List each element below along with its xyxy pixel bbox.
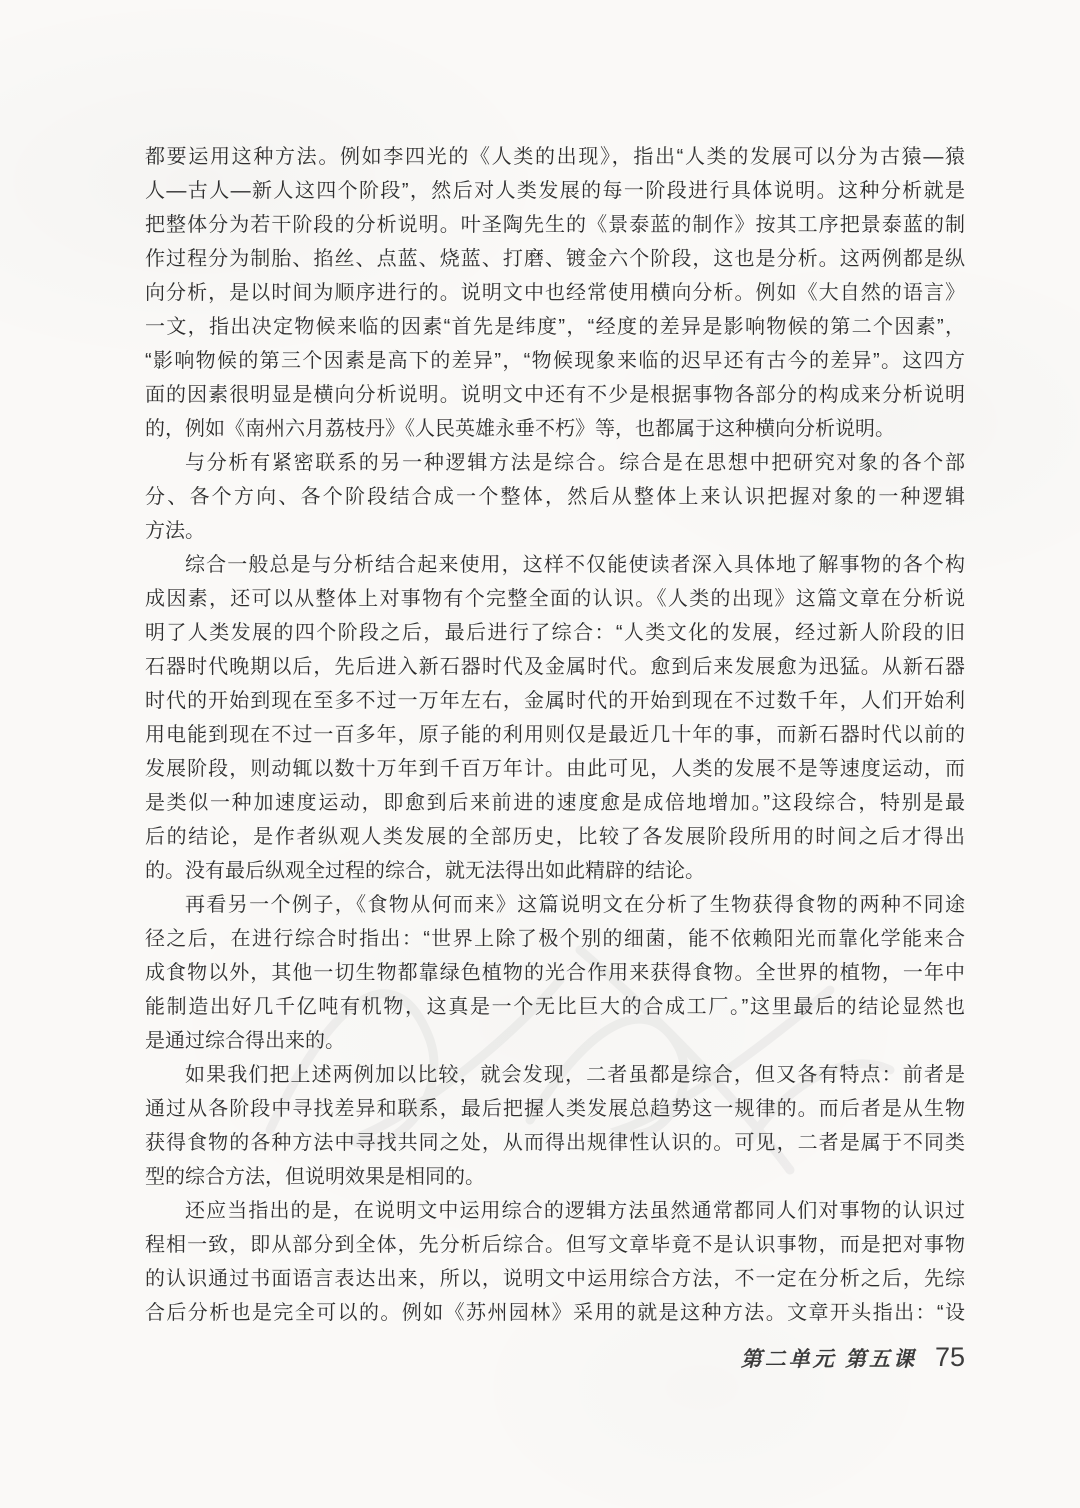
- paragraph-4-line-4: 能制造出好几千亿吨有机物，这真是一个无比巨大的合成工厂。”这里最后的结论显然也: [145, 990, 965, 1024]
- paragraph-3-line-2: 成因素，还可以从整体上对事物有个完整全面的认识。《人类的出现》这篇文章在分析说: [145, 582, 965, 616]
- paragraph-3-line-8: 是类似一种加速度运动，即愈到后来前进的速度愈是成倍地增加。”这段综合，特别是最: [145, 786, 965, 820]
- paragraph-3-line-3: 明了人类发展的四个阶段之后，最后进行了综合：“人类文化的发展，经过新人阶段的旧: [145, 616, 965, 650]
- paragraph-1-line-3: 把整体分为若干阶段的分析说明。叶圣陶先生的《景泰蓝的制作》按其工序把景泰蓝的制: [145, 208, 965, 242]
- paragraph-6-line-1: 还应当指出的是，在说明文中运用综合的逻辑方法虽然通常都同人们对事物的认识过: [145, 1194, 965, 1228]
- paragraph-3-line-10: 的。没有最后纵观全过程的综合，就无法得出如此精辟的结论。: [145, 854, 965, 888]
- footer-section-label: 第二单元 第五课: [741, 1343, 917, 1373]
- paragraph-2-line-3: 方法。: [145, 514, 965, 548]
- paragraph-3-line-4: 石器时代晚期以后，先后进入新石器时代及金属时代。愈到后来发展愈为迅猛。从新石器: [145, 650, 965, 684]
- paragraph-3-line-9: 后的结论，是作者纵观人类发展的全部历史，比较了各发展阶段所用的时间之后才得出: [145, 820, 965, 854]
- paragraph-3-line-1: 综合一般总是与分析结合起来使用，这样不仅能使读者深入具体地了解事物的各个构: [145, 548, 965, 582]
- paragraph-1-line-2: 人—古人—新人这四个阶段”，然后对人类发展的每一阶段进行具体说明。这种分析就是: [145, 174, 965, 208]
- paragraph-1-line-1: 都要运用这种方法。例如李四光的《人类的出现》，指出“人类的发展可以分为古猿—猿: [145, 140, 965, 174]
- paragraph-4-line-3: 成食物以外，其他一切生物都靠绿色植物的光合作用来获得食物。全世界的植物，一年中: [145, 956, 965, 990]
- paragraph-4-line-5: 是通过综合得出来的。: [145, 1024, 965, 1058]
- paragraph-1-line-4: 作过程分为制胎、掐丝、点蓝、烧蓝、打磨、镀金六个阶段，这也是分析。这两例都是纵: [145, 242, 965, 276]
- paragraph-5-line-3: 获得食物的各种方法中寻找共同之处，从而得出规律性认识的。可见，二者是属于不同类: [145, 1126, 965, 1160]
- paragraph-5-line-4: 型的综合方法，但说明效果是相同的。: [145, 1160, 965, 1194]
- paragraph-1-line-8: 面的因素很明显是横向分析说明。说明文中还有不少是根据事物各部分的构成来分析说明: [145, 378, 965, 412]
- paragraph-3-line-5: 时代的开始到现在至多不过一万年左右，金属时代的开始到现在不过数千年，人们开始利: [145, 684, 965, 718]
- textbook-page: 都要运用这种方法。例如李四光的《人类的出现》，指出“人类的发展可以分为古猿—猿人…: [0, 0, 1080, 1508]
- paragraph-5-line-2: 通过从各阶段中寻找差异和联系，最后把握人类发展总趋势这一规律的。而后者是从生物: [145, 1092, 965, 1126]
- paragraph-2-line-2: 分、各个方向、各个阶段结合成一个整体，然后从整体上来认识把握对象的一种逻辑: [145, 480, 965, 514]
- paragraph-6-line-3: 的认识通过书面语言表达出来，所以，说明文中运用综合方法，不一定在分析之后，先综: [145, 1262, 965, 1296]
- paragraph-3-line-6: 用电能到现在不过一百多年，原子能的利用则仅是最近几十年的事，而新石器时代以前的: [145, 718, 965, 752]
- paragraph-1-line-9: 的，例如《南州六月荔枝丹》《人民英雄永垂不朽》等，也都属于这种横向分析说明。: [145, 412, 965, 446]
- paragraph-3-line-7: 发展阶段，则动辄以数十万年到千百万年计。由此可见，人类的发展不是等速度运动，而: [145, 752, 965, 786]
- paragraph-1-line-7: “影响物候的第三个因素是高下的差异”，“物候现象来临的迟早还有古今的差异”。这四…: [145, 344, 965, 378]
- paragraph-5-line-1: 如果我们把上述两例加以比较，就会发现，二者虽都是综合，但又各有特点：前者是: [145, 1058, 965, 1092]
- paragraph-1-line-5: 向分析，是以时间为顺序进行的。说明文中也经常使用横向分析。例如《大自然的语言》: [145, 276, 965, 310]
- paragraph-4-line-1: 再看另一个例子，《食物从何而来》这篇说明文在分析了生物获得食物的两种不同途: [145, 888, 965, 922]
- text-column: 都要运用这种方法。例如李四光的《人类的出现》，指出“人类的发展可以分为古猿—猿人…: [145, 140, 965, 1330]
- paragraph-1-line-6: 一文，指出决定物候来临的因素“首先是纬度”，“经度的差异是影响物候的第二个因素”…: [145, 310, 965, 344]
- paragraph-6-line-4: 合后分析也是完全可以的。例如《苏州园林》采用的就是这种方法。文章开头指出：“设: [145, 1296, 965, 1330]
- paragraph-6-line-2: 程相一致，即从部分到全体，先分析后综合。但写文章毕竟不是认识事物，而是把对事物: [145, 1228, 965, 1262]
- paragraph-2-line-1: 与分析有紧密联系的另一种逻辑方法是综合。综合是在思想中把研究对象的各个部: [145, 446, 965, 480]
- paragraph-4-line-2: 径之后，在进行综合时指出：“世界上除了极个别的细菌，能不依赖阳光而靠化学能来合: [145, 922, 965, 956]
- page-footer: 第二单元 第五课 75: [741, 1342, 965, 1373]
- footer-page-number: 75: [935, 1342, 965, 1373]
